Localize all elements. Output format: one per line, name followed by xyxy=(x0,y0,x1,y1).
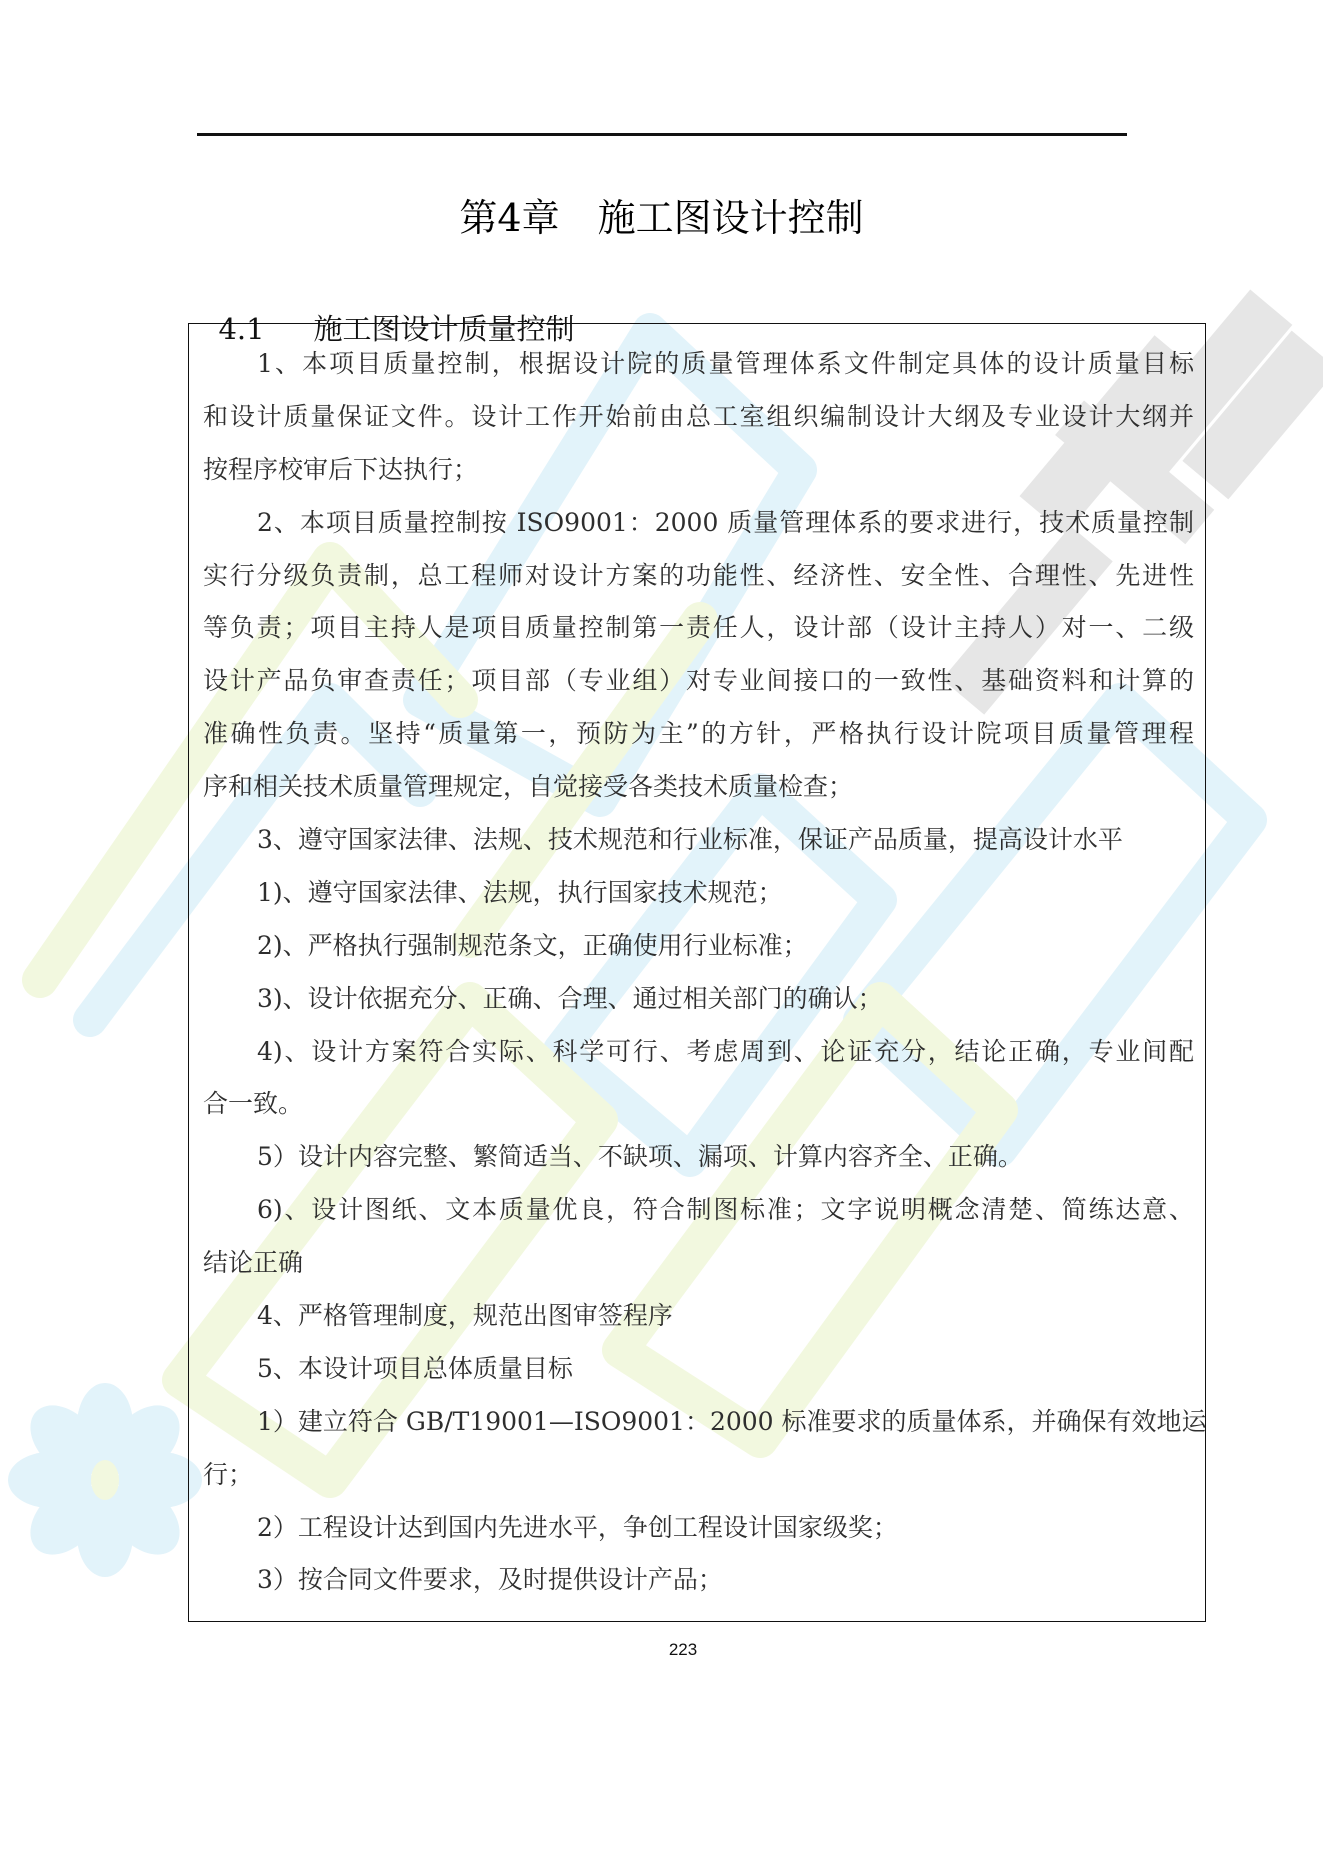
text-line: 序和相关技术质量管理规定，自觉接受各类技术质量检查； xyxy=(203,761,1194,814)
text-line: 1)、遵守国家法律、法规，执行国家技术规范； xyxy=(203,867,1194,920)
content-lines: 1、本项目质量控制，根据设计院的质量管理体系文件制定具体的设计质量目标和设计质量… xyxy=(203,338,1194,1607)
text-line: 结论正确 xyxy=(203,1237,1194,1290)
text-line: 设计产品负审查责任；项目部（专业组）对专业间接口的一致性、基础资料和计算的 xyxy=(203,655,1194,708)
text-line: 4)、设计方案符合实际、科学可行、考虑周到、论证充分，结论正确，专业间配 xyxy=(203,1026,1194,1079)
text-line: 1、本项目质量控制，根据设计院的质量管理体系文件制定具体的设计质量目标 xyxy=(203,338,1194,391)
content-box: 1、本项目质量控制，根据设计院的质量管理体系文件制定具体的设计质量目标和设计质量… xyxy=(188,323,1206,1622)
text-line: 准确性负责。坚持“质量第一，预防为主”的方针，严格执行设计院项目质量管理程 xyxy=(203,708,1194,761)
text-line: 行； xyxy=(203,1449,1194,1502)
text-line: 合一致。 xyxy=(203,1078,1194,1131)
text-line: 4、严格管理制度，规范出图审签程序 xyxy=(203,1290,1194,1343)
text-line: 3)、设计依据充分、正确、合理、通过相关部门的确认； xyxy=(203,973,1194,1026)
text-line: 2)、严格执行强制规范条文，正确使用行业标准； xyxy=(203,920,1194,973)
text-line: 等负责；项目主持人是项目质量控制第一责任人，设计部（设计主持人）对一、二级 xyxy=(203,602,1194,655)
text-line: 和设计质量保证文件。设计工作开始前由总工室组织编制设计大纲及专业设计大纲并 xyxy=(203,391,1194,444)
text-line: 2、本项目质量控制按 ISO9001：2000 质量管理体系的要求进行，技术质量… xyxy=(203,497,1194,550)
text-line: 5、本设计项目总体质量目标 xyxy=(203,1343,1194,1396)
text-line: 按程序校审后下达执行； xyxy=(203,444,1194,497)
text-line: 实行分级负责制，总工程师对设计方案的功能性、经济性、安全性、合理性、先进性 xyxy=(203,550,1194,603)
text-line: 2）工程设计达到国内先进水平，争创工程设计国家级奖； xyxy=(203,1502,1194,1555)
text-line: 3、遵守国家法律、法规、技术规范和行业标准，保证产品质量，提高设计水平 xyxy=(203,814,1194,867)
text-line: 1）建立符合 GB/T19001—ISO9001：2000 标准要求的质量体系，… xyxy=(203,1396,1194,1449)
chapter-title: 第4章 施工图设计控制 xyxy=(0,193,1323,243)
text-line: 5）设计内容完整、繁简适当、不缺项、漏项、计算内容齐全、正确。 xyxy=(203,1131,1194,1184)
text-line: 6)、设计图纸、文本质量优良，符合制图标准；文字说明概念清楚、简练达意、 xyxy=(203,1184,1194,1237)
header-rule xyxy=(197,133,1127,136)
text-line: 3）按合同文件要求，及时提供设计产品； xyxy=(203,1554,1194,1607)
page-number: 223 xyxy=(0,1640,1323,1660)
